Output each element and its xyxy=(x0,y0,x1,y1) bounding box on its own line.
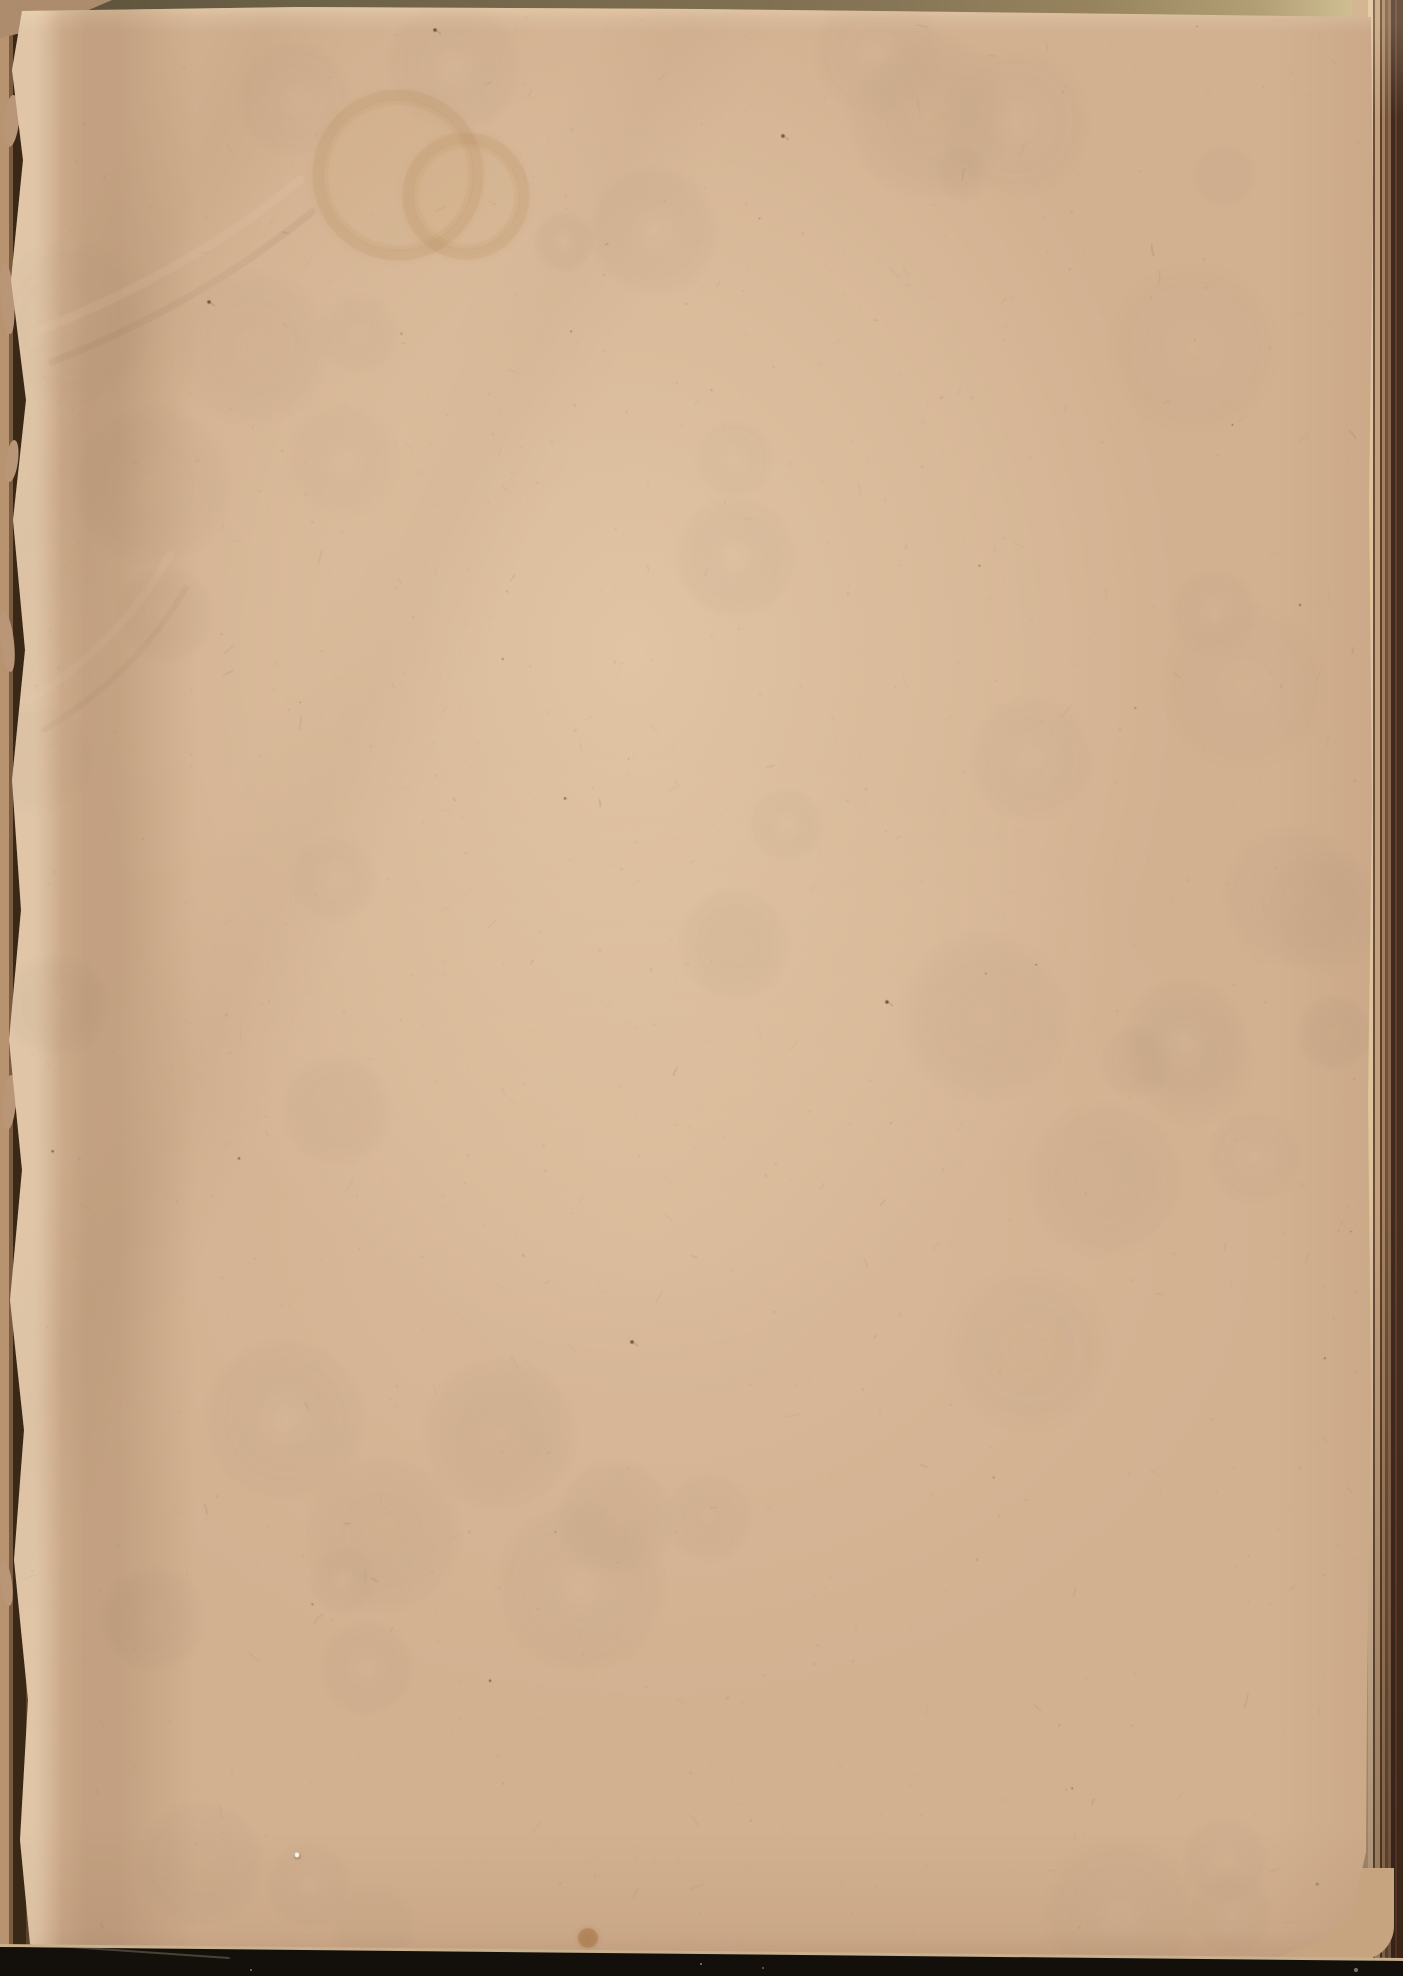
blank-page xyxy=(0,0,1403,1976)
paper-texture-canvas xyxy=(0,0,1403,1976)
book-page-scan xyxy=(0,0,1403,1976)
